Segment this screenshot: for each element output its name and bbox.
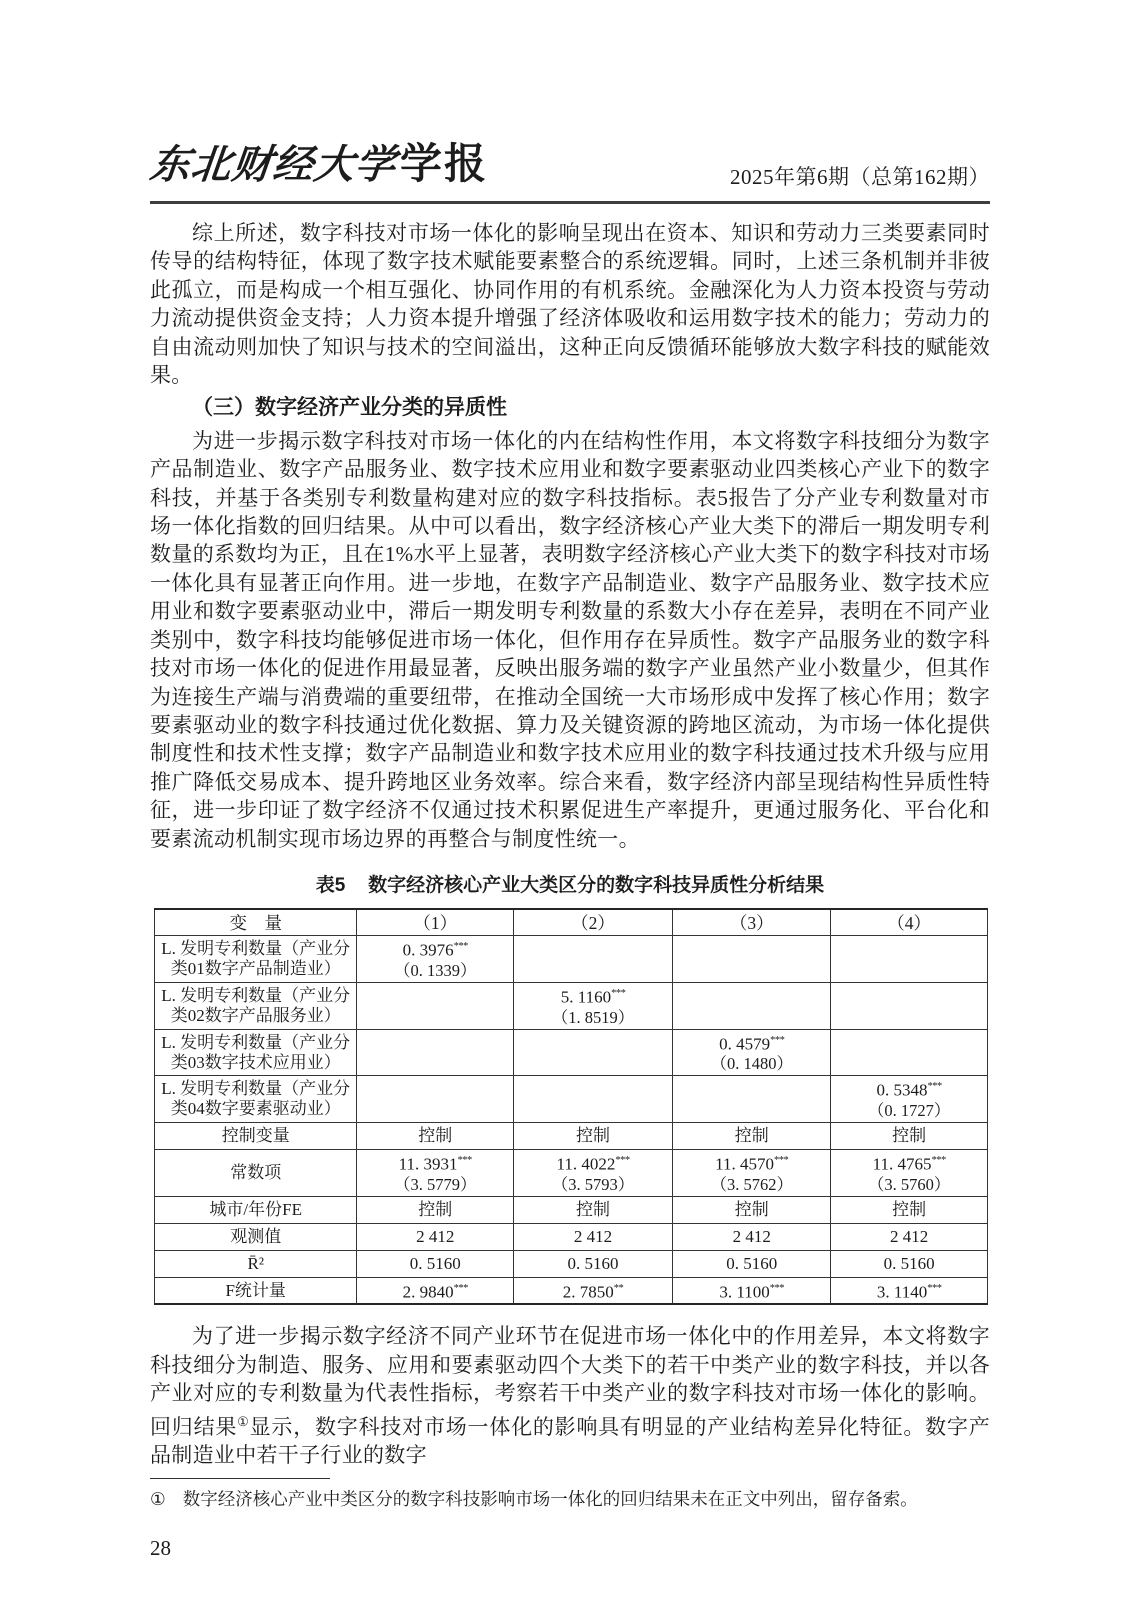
- table-cell: 0. 5160: [831, 1250, 988, 1277]
- table-cell: 11. 3931***（3. 5779）: [357, 1150, 514, 1197]
- row-label: 控制变量: [155, 1123, 357, 1150]
- footnote-marker: ①: [150, 1487, 166, 1511]
- table-row: 常数项 11. 3931***（3. 5779） 11. 4022***（3. …: [155, 1150, 988, 1197]
- footnote: ① 数字经济核心产业中类区分的数字科技影响市场一体化的回归结果未在正文中列出，留…: [150, 1487, 990, 1511]
- table-header-cell: （2）: [514, 909, 673, 936]
- table-row: L. 发明专利数量（产业分类01数字产品制造业） 0. 3976***（0. 1…: [155, 936, 988, 983]
- table-cell: 0. 5160: [673, 1250, 831, 1277]
- table-row: R̄² 0. 5160 0. 5160 0. 5160 0. 5160: [155, 1250, 988, 1277]
- table-cell: 11. 4765***（3. 5760）: [831, 1150, 988, 1197]
- row-label: 常数项: [155, 1150, 357, 1197]
- table-cell: 11. 4022***（3. 5793）: [514, 1150, 673, 1197]
- table-cell: [673, 1076, 831, 1123]
- row-label: R̄²: [155, 1250, 357, 1277]
- paragraph-summary: 综上所述，数字科技对市场一体化的影响呈现出在资本、知识和劳动力三类要素同时传导的…: [150, 219, 990, 389]
- table-row: 控制变量 控制 控制 控制 控制: [155, 1123, 988, 1150]
- paragraph-analysis: 为进一步揭示数字科技对市场一体化的内在结构性作用，本文将数字科技细分为数字产品制…: [150, 427, 990, 853]
- paragraph-further: 为了进一步揭示数字经济不同产业环节在促进市场一体化中的作用差异，本文将数字科技细…: [150, 1322, 990, 1469]
- row-label: 城市/年份FE: [155, 1196, 357, 1223]
- table-cell: 0. 3976***（0. 1339）: [357, 936, 514, 983]
- table-cell: 0. 4579***（0. 1480）: [673, 1029, 831, 1076]
- row-label: L. 发明专利数量（产业分类02数字产品服务业）: [155, 983, 357, 1030]
- table-cell: 控制: [831, 1196, 988, 1223]
- table-cell: 0. 5348***（0. 1727）: [831, 1076, 988, 1123]
- table-header-cell: （1）: [357, 909, 514, 936]
- table-cell: 控制: [514, 1123, 673, 1150]
- table-cell: 控制: [357, 1123, 514, 1150]
- row-label: L. 发明专利数量（产业分类03数字技术应用业）: [155, 1029, 357, 1076]
- table-caption: 表5数字经济核心产业大类区分的数字科技异质性分析结果: [150, 870, 990, 897]
- table-header-cell: 变 量: [155, 909, 357, 936]
- table-caption-title: 数字经济核心产业大类区分的数字科技异质性分析结果: [368, 875, 824, 896]
- table-caption-label: 表5: [316, 875, 346, 896]
- table-header-row: 变 量 （1） （2） （3） （4）: [155, 909, 988, 936]
- row-label: L. 发明专利数量（产业分类01数字产品制造业）: [155, 936, 357, 983]
- table-row: L. 发明专利数量（产业分类02数字产品服务业） 5. 1160***（1. 8…: [155, 983, 988, 1030]
- journal-header: 东北财经大学学报 2025年第6期（总第162期）: [150, 142, 990, 204]
- row-label: L. 发明专利数量（产业分类04数字要素驱动业）: [155, 1076, 357, 1123]
- table-header-cell: （4）: [831, 909, 988, 936]
- table-cell: [831, 983, 988, 1030]
- page-number: 28: [150, 1536, 990, 1561]
- table-cell: 控制: [514, 1196, 673, 1223]
- table-cell: [514, 1029, 673, 1076]
- table-row: 城市/年份FE 控制 控制 控制 控制: [155, 1196, 988, 1223]
- regression-table: 变 量 （1） （2） （3） （4） L. 发明专利数量（产业分类01数字产品…: [154, 908, 988, 1305]
- table-header-cell: （3）: [673, 909, 831, 936]
- table-cell: [831, 1029, 988, 1076]
- table-cell: [831, 936, 988, 983]
- journal-logo: 东北财经大学学报: [150, 142, 488, 197]
- table-cell: 控制: [357, 1196, 514, 1223]
- table-cell: 3. 1140***: [831, 1277, 988, 1304]
- table-cell: 3. 1100***: [673, 1277, 831, 1304]
- row-label: F统计量: [155, 1277, 357, 1304]
- paper-page: 东北财经大学学报 2025年第6期（总第162期） 综上所述，数字科技对市场一体…: [150, 0, 990, 1561]
- table-cell: 2 412: [673, 1223, 831, 1250]
- table-cell: 控制: [673, 1196, 831, 1223]
- table-cell: [673, 936, 831, 983]
- table-cell: 2 412: [514, 1223, 673, 1250]
- table-row: L. 发明专利数量（产业分类03数字技术应用业） 0. 4579***（0. 1…: [155, 1029, 988, 1076]
- table-cell: 5. 1160***（1. 8519）: [514, 983, 673, 1030]
- table-cell: [357, 983, 514, 1030]
- table-cell: 0. 5160: [357, 1250, 514, 1277]
- table-cell: [514, 1076, 673, 1123]
- table-cell: 控制: [831, 1123, 988, 1150]
- table-cell: [357, 1076, 514, 1123]
- journal-logo-suffix: 学报: [400, 142, 488, 188]
- table-cell: 2 412: [831, 1223, 988, 1250]
- footnote-divider: [150, 1478, 330, 1479]
- row-label: 观测值: [155, 1223, 357, 1250]
- table-row: L. 发明专利数量（产业分类04数字要素驱动业） 0. 5348***（0. 1…: [155, 1076, 988, 1123]
- table-cell: [514, 936, 673, 983]
- section-heading: （三）数字经济产业分类的异质性: [150, 394, 990, 422]
- table-cell: 0. 5160: [514, 1250, 673, 1277]
- table-cell: 11. 4570***（3. 5762）: [673, 1150, 831, 1197]
- table-cell: [357, 1029, 514, 1076]
- issue-info: 2025年第6期（总第162期）: [730, 161, 990, 197]
- table-cell: 2. 7850**: [514, 1277, 673, 1304]
- footnote-marker-inline: ①: [237, 1414, 249, 1429]
- table-cell: 2 412: [357, 1223, 514, 1250]
- table-cell: [673, 983, 831, 1030]
- table-cell: 2. 9840***: [357, 1277, 514, 1304]
- table-row: F统计量 2. 9840*** 2. 7850** 3. 1100*** 3. …: [155, 1277, 988, 1304]
- journal-logo-calligraphy: 东北财经大学: [148, 142, 399, 188]
- table-cell: 控制: [673, 1123, 831, 1150]
- footnote-text: 数字经济核心产业中类区分的数字科技影响市场一体化的回归结果未在正文中列出，留存备…: [183, 1487, 918, 1511]
- table-row: 观测值 2 412 2 412 2 412 2 412: [155, 1223, 988, 1250]
